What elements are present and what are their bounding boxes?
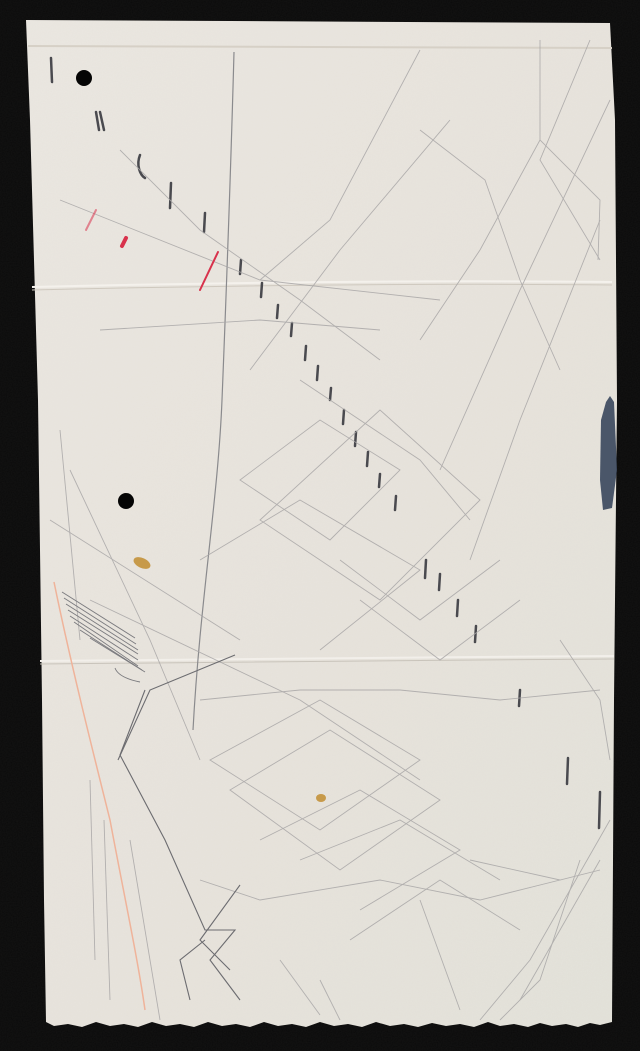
punch-hole-middle	[118, 493, 134, 509]
photo-scene	[0, 0, 640, 1051]
paper-grain	[26, 20, 618, 1028]
punch-hole-top	[76, 70, 92, 86]
ochre-stain-lower	[316, 794, 326, 802]
